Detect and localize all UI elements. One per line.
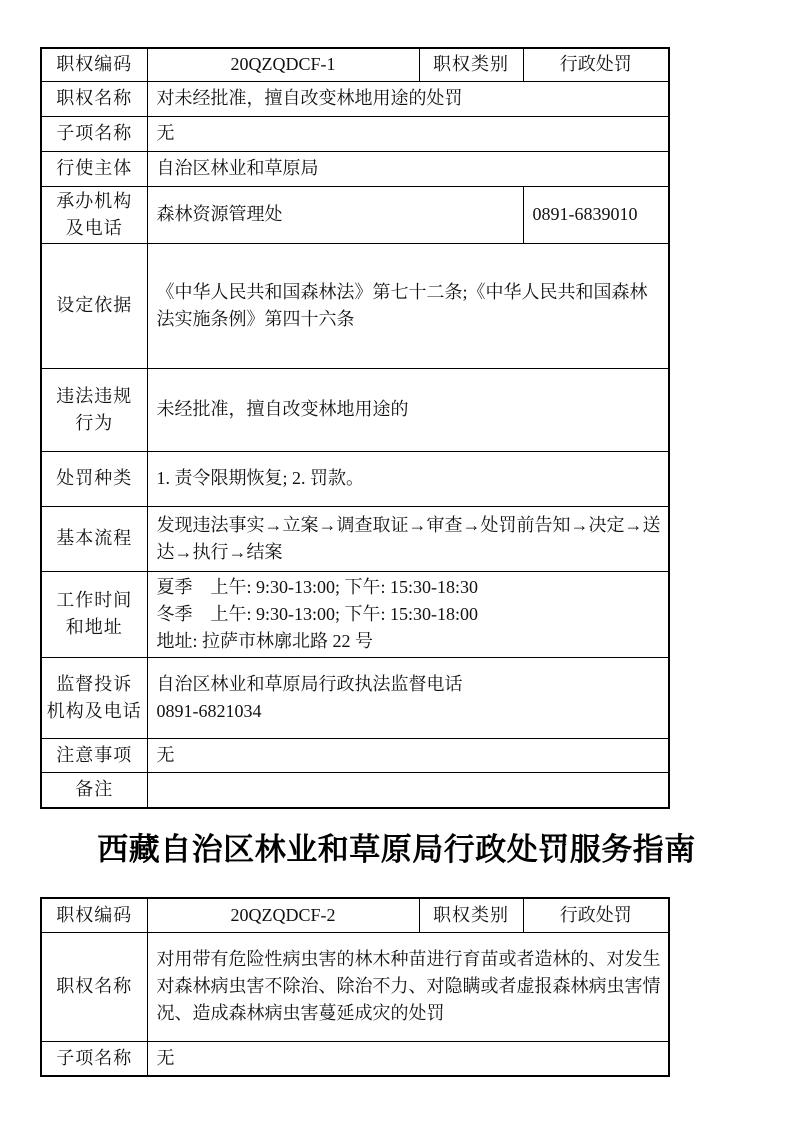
undertaking-agency-label: 承办机构 及电话 (41, 186, 147, 243)
page-title: 西藏自治区林业和草原局行政处罚服务指南 (0, 824, 793, 869)
penalty-types-label: 处罚种类 (41, 451, 147, 506)
violation-behavior-label: 违法违规 行为 (41, 368, 147, 451)
label-line: 行为 (44, 410, 145, 437)
authority-code-value: 20QZQDCF-1 (147, 48, 419, 81)
subitem-name-value: 无 (147, 116, 669, 151)
working-hours-value: 夏季 上午: 9:30-13:00; 下午: 15:30-18:30 冬季 上午… (147, 571, 669, 657)
authority-category-value: 行政处罚 (523, 48, 669, 81)
authority-code-label: 职权编码 (41, 898, 147, 932)
exercising-subject-value: 自治区林业和草原局 (147, 151, 669, 186)
label-line: 承办机构 (44, 188, 145, 215)
notes-label: 注意事项 (41, 738, 147, 772)
remark-label: 备注 (41, 772, 147, 808)
penalty-guide-table-2: 职权编码 20QZQDCF-2 职权类别 行政处罚 职权名称 对用带有危险性病虫… (40, 897, 670, 1077)
authority-code-label: 职权编码 (41, 48, 147, 81)
label-line: 机构及电话 (44, 698, 145, 725)
supervision-agency-name: 自治区林业和草原局行政执法监督电话 (157, 671, 663, 698)
label-line: 违法违规 (44, 383, 145, 410)
label-line: 及电话 (44, 215, 145, 242)
remark-value (147, 772, 669, 808)
supervision-agency-phone: 0891-6821034 (157, 698, 663, 725)
working-hours-summer: 夏季 上午: 9:30-13:00; 下午: 15:30-18:30 (157, 574, 663, 601)
authority-name-value: 对未经批准，擅自改变林地用途的处罚 (147, 81, 669, 116)
notes-value: 无 (147, 738, 669, 772)
working-address: 地址: 拉萨市林廓北路 22 号 (157, 628, 663, 655)
authority-category-value: 行政处罚 (523, 898, 669, 932)
undertaking-agency-value: 森林资源管理处 (147, 186, 523, 243)
document-page: 职权编码 20QZQDCF-1 职权类别 行政处罚 职权名称 对未经批准，擅自改… (0, 0, 793, 1122)
working-hours-label: 工作时间 和地址 (41, 571, 147, 657)
authority-category-label: 职权类别 (419, 898, 523, 932)
undertaking-agency-phone: 0891-6839010 (523, 186, 669, 243)
authority-name-label: 职权名称 (41, 81, 147, 116)
label-line: 监督投诉 (44, 671, 145, 698)
penalty-guide-table-1: 职权编码 20QZQDCF-1 职权类别 行政处罚 职权名称 对未经批准，擅自改… (40, 47, 670, 809)
label-line: 和地址 (44, 614, 145, 641)
setting-basis-label: 设定依据 (41, 243, 147, 368)
authority-category-label: 职权类别 (419, 48, 523, 81)
basic-process-label: 基本流程 (41, 506, 147, 571)
subitem-name-value: 无 (147, 1041, 669, 1076)
penalty-types-value: 1. 责令限期恢复; 2. 罚款。 (147, 451, 669, 506)
subitem-name-label: 子项名称 (41, 1041, 147, 1076)
authority-name-value: 对用带有危险性病虫害的林木种苗进行育苗或者造林的、对发生对森林病虫害不除治、除治… (147, 932, 669, 1041)
violation-behavior-value: 未经批准，擅自改变林地用途的 (147, 368, 669, 451)
label-line: 工作时间 (44, 587, 145, 614)
working-hours-winter: 冬季 上午: 9:30-13:00; 下午: 15:30-18:00 (157, 601, 663, 628)
authority-name-label: 职权名称 (41, 932, 147, 1041)
subitem-name-label: 子项名称 (41, 116, 147, 151)
authority-code-value: 20QZQDCF-2 (147, 898, 419, 932)
exercising-subject-label: 行使主体 (41, 151, 147, 186)
supervision-agency-label: 监督投诉 机构及电话 (41, 657, 147, 738)
supervision-agency-value: 自治区林业和草原局行政执法监督电话 0891-6821034 (147, 657, 669, 738)
setting-basis-value: 《中华人民共和国森林法》第七十二条;《中华人民共和国森林法实施条例》第四十六条 (147, 243, 669, 368)
basic-process-value: 发现违法事实→立案→调查取证→审查→处罚前告知→决定→送达→执行→结案 (147, 506, 669, 571)
